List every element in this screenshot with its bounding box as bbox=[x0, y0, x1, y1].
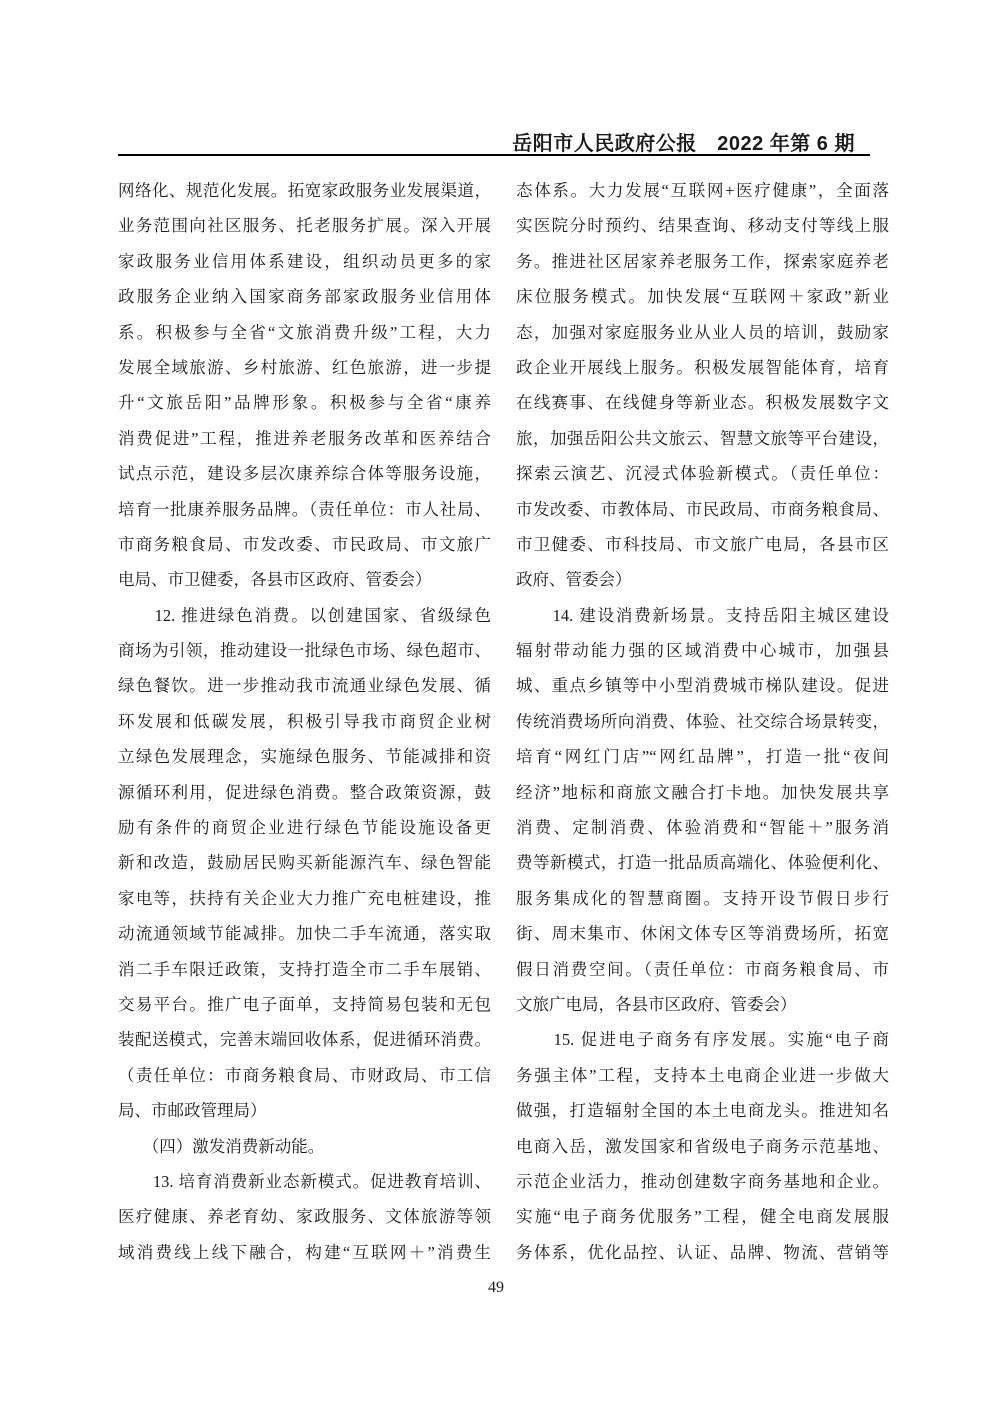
text-line: 网络化、规范化发展。拓宽家政服务业发展渠道， bbox=[118, 173, 491, 208]
text-line: 家政服务业信用体系建设，组织动员更多的家 bbox=[118, 244, 491, 279]
text-line: 源循环利用，促进绿色消费。整合政策资源，鼓 bbox=[118, 775, 491, 810]
text-line: 政服务企业纳入国家商务部家政服务业信用体 bbox=[118, 279, 491, 314]
text-line: 政府、管委会） bbox=[516, 562, 889, 597]
page-header: 岳阳市人民政府公报 2022 年第 6 期 bbox=[118, 127, 855, 156]
text-line: 局、市邮政管理局） bbox=[118, 1093, 491, 1128]
text-line: 探索云演艺、沉浸式体验新模式。（责任单位： bbox=[516, 456, 889, 491]
document-page: 岳阳市人民政府公报 2022 年第 6 期 网络化、规范化发展。拓宽家政服务业发… bbox=[0, 0, 992, 1403]
text-line: 13. 培育消费新业态新模式。促进教育培训、 bbox=[118, 1164, 491, 1199]
text-line: 商场为引领，推动建设一批绿色市场、绿色超市、 bbox=[118, 633, 491, 668]
header-title: 岳阳市人民政府公报 2022 年第 6 期 bbox=[512, 133, 855, 155]
text-line: 医疗健康、养老育幼、家政服务、文体旅游等领 bbox=[118, 1199, 491, 1234]
text-line: 辐射带动能力强的区域消费中心城市，加强县 bbox=[516, 633, 889, 668]
text-line: 市商务粮食局、市发改委、市民政局、市文旅广 bbox=[118, 527, 491, 562]
text-line: 消二手车限迁政策，支持打造全市二手车展销、 bbox=[118, 952, 491, 987]
text-line: 示范企业活力，推动创建数字商务基地和企业。 bbox=[516, 1164, 889, 1199]
text-line: 实医院分时预约、结果查询、移动支付等线上服 bbox=[516, 208, 889, 243]
text-line: 电局、市卫健委，各县市区政府、管委会） bbox=[118, 562, 491, 597]
text-line: 立绿色发展理念，实施绿色服务、节能减排和资 bbox=[118, 739, 491, 774]
text-line: 电商入岳，激发国家和省级电子商务示范基地、 bbox=[516, 1129, 889, 1164]
text-line: 绿色餐饮。进一步推动我市流通业绿色发展、循 bbox=[118, 668, 491, 703]
text-line: 动流通领域节能减排。加快二手车流通，落实取 bbox=[118, 916, 491, 951]
text-line: 家电等，扶持有关企业大力推广充电桩建设，推 bbox=[118, 881, 491, 916]
text-line: 域消费线上线下融合，构建“互联网＋”消费生 bbox=[118, 1235, 491, 1270]
text-line: （四）激发消费新动能。 bbox=[118, 1129, 491, 1164]
text-line: 城、重点乡镇等中小型消费城市梯队建设。促进 bbox=[516, 668, 889, 703]
text-line: （责任单位：市商务粮食局、市财政局、市工信 bbox=[118, 1058, 491, 1093]
text-line: 消费促进”工程，推进养老服务改革和医养结合 bbox=[118, 421, 491, 456]
text-line: 消费、定制消费、体验消费和“智能＋”服务消 bbox=[516, 810, 889, 845]
text-line: 旅，加强岳阳公共文旅云、智慧文旅等平台建设， bbox=[516, 421, 889, 456]
text-line: 态，加强对家庭服务业从业人员的培训，鼓励家 bbox=[516, 315, 889, 350]
two-column-body: 网络化、规范化发展。拓宽家政服务业发展渠道，业务范围向社区服务、托老服务扩展。深… bbox=[118, 173, 889, 1270]
text-line: 系。积极参与全省“文旅消费升级”工程，大力 bbox=[118, 315, 491, 350]
text-line: 励有条件的商贸企业进行绿色节能设施设备更 bbox=[118, 810, 491, 845]
text-line: 环发展和低碳发展，积极引导我市商贸企业树 bbox=[118, 704, 491, 739]
text-line: 文旅广电局，各县市区政府、管委会） bbox=[516, 987, 889, 1022]
text-line: 升“文旅岳阳”品牌形象。积极参与全省“康养 bbox=[118, 385, 491, 420]
text-line: 业务范围向社区服务、托老服务扩展。深入开展 bbox=[118, 208, 491, 243]
text-line: 装配送模式，完善末端回收体系，促进循环消费。 bbox=[118, 1022, 491, 1057]
text-line: 床位服务模式。加快发展“互联网＋家政”新业 bbox=[516, 279, 889, 314]
header-divider bbox=[118, 154, 870, 156]
text-line: 服务集成化的智慧商圈。支持开设节假日步行 bbox=[516, 881, 889, 916]
text-line: 费等新模式，打造一批品质高端化、体验便利化、 bbox=[516, 845, 889, 880]
text-line: 街、周末集市、休闲文体专区等消费场所，拓宽 bbox=[516, 916, 889, 951]
text-line: 做强，打造辐射全国的本土电商龙头。推进知名 bbox=[516, 1093, 889, 1128]
text-line: 市卫健委、市科技局、市文旅广电局，各县市区 bbox=[516, 527, 889, 562]
text-line: 15. 促进电子商务有序发展。实施“电子商 bbox=[516, 1022, 889, 1057]
text-line: 发展全域旅游、乡村旅游、红色旅游，进一步提 bbox=[118, 350, 491, 385]
right-column: 态体系。大力发展“互联网+医疗健康”，全面落实医院分时预约、结果查询、移动支付等… bbox=[516, 173, 889, 1270]
text-line: 实施“电子商务优服务”工程，健全电商发展服 bbox=[516, 1199, 889, 1234]
text-line: 在线赛事、在线健身等新业态。积极发展数字文 bbox=[516, 385, 889, 420]
text-line: 务。推进社区居家养老服务工作，探索家庭养老 bbox=[516, 244, 889, 279]
text-line: 务强主体”工程，支持本土电商企业进一步做大 bbox=[516, 1058, 889, 1093]
page-number: 49 bbox=[488, 1279, 504, 1296]
text-line: 假日消费空间。（责任单位：市商务粮食局、市 bbox=[516, 952, 889, 987]
text-line: 试点示范，建设多层次康养综合体等服务设施， bbox=[118, 456, 491, 491]
text-line: 态体系。大力发展“互联网+医疗健康”，全面落 bbox=[516, 173, 889, 208]
text-line: 新和改造，鼓励居民购买新能源汽车、绿色智能 bbox=[118, 845, 491, 880]
text-line: 市发改委、市教体局、市民政局、市商务粮食局、 bbox=[516, 492, 889, 527]
text-line: 14. 建设消费新场景。支持岳阳主城区建设 bbox=[516, 598, 889, 633]
left-column: 网络化、规范化发展。拓宽家政服务业发展渠道，业务范围向社区服务、托老服务扩展。深… bbox=[118, 173, 491, 1270]
text-line: 交易平台。推广电子面单，支持简易包装和无包 bbox=[118, 987, 491, 1022]
text-line: 培育一批康养服务品牌。（责任单位：市人社局、 bbox=[118, 492, 491, 527]
text-line: 传统消费场所向消费、体验、社交综合场景转变， bbox=[516, 704, 889, 739]
text-line: 培育“网红门店”“网红品牌”，打造一批“夜间 bbox=[516, 739, 889, 774]
text-line: 务体系，优化品控、认证、品牌、物流、营销等 bbox=[516, 1235, 889, 1270]
text-line: 12. 推进绿色消费。以创建国家、省级绿色 bbox=[118, 598, 491, 633]
page-footer: 49 bbox=[0, 1279, 992, 1297]
text-line: 政企业开展线上服务。积极发展智能体育，培育 bbox=[516, 350, 889, 385]
text-line: 经济”地标和商旅文融合打卡地。加快发展共享 bbox=[516, 775, 889, 810]
